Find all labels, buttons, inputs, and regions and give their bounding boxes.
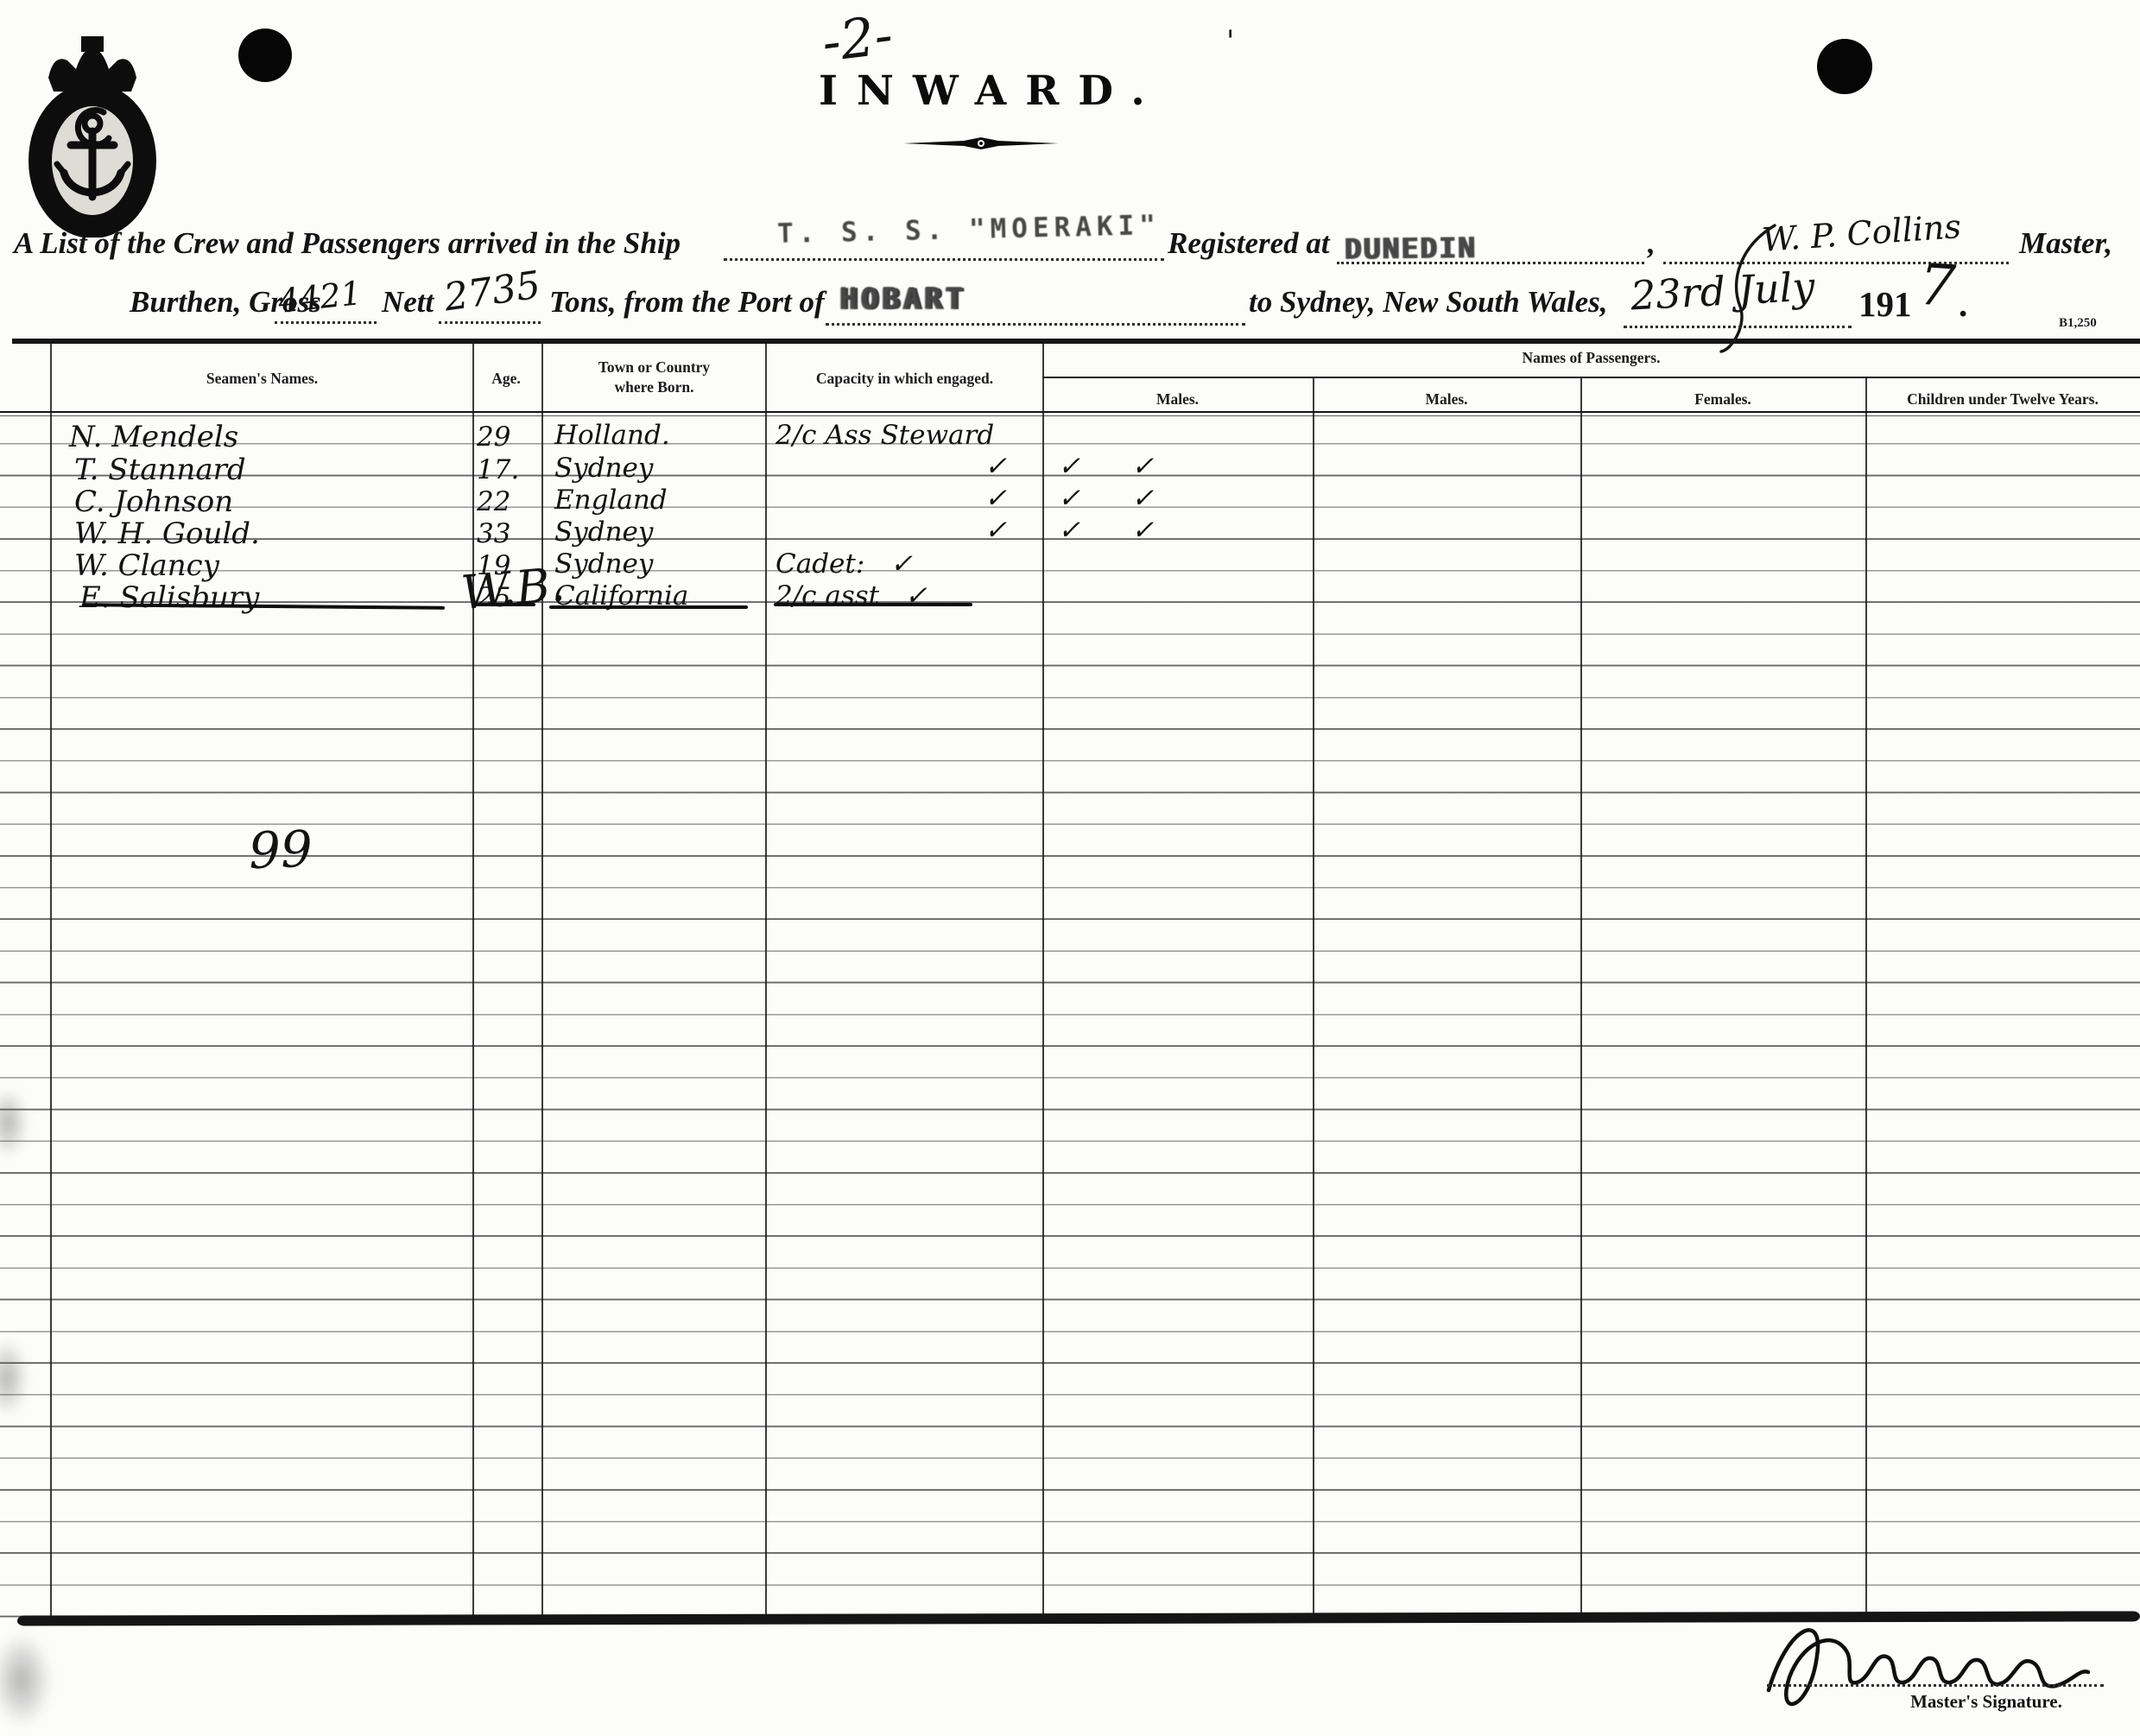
line1-prefix: A List of the Crew and Passengers arrive… [14, 226, 681, 261]
column-line-males2-left [1313, 377, 1314, 1622]
crew-row-capacity: 2/c Ass Steward [776, 420, 994, 451]
crew-row-capacity: ✓ ✓ ✓ [985, 515, 1154, 546]
ship-name-stamp: T. S. S. "MOERAKI" [777, 210, 1162, 250]
strike-line-age [473, 603, 535, 606]
column-header-males-1: Males. [1044, 390, 1311, 409]
crew-row-capacity: Cadet: ✓ [776, 548, 913, 580]
crew-row-name: W. Clancy [74, 548, 219, 583]
ruled-lines [0, 413, 2140, 1622]
crew-row-name: T. Stannard [74, 453, 246, 487]
stray-tick-mark: ' [1226, 24, 1234, 59]
strike-line-capacity [774, 603, 972, 606]
crew-row-capacity: ✓ ✓ ✓ [985, 483, 1154, 514]
master-signature-rule [1767, 1684, 2104, 1687]
scan-smudge [0, 1339, 28, 1416]
gross-tons-handwritten: 4421 [276, 274, 364, 320]
crew-row-age: 17. [477, 454, 519, 485]
registered-at-rule [1337, 262, 1644, 264]
nett-label: Nett [382, 285, 434, 320]
master-label: Master, [2019, 226, 2112, 261]
registered-at-label: Registered at [1168, 226, 1330, 261]
column-header-seamens-names: Seamen's Names. [52, 370, 472, 389]
column-header-females: Females. [1582, 390, 1864, 409]
crown-anchor-seal-icon [22, 35, 161, 238]
table-left-border [50, 342, 52, 1622]
tons-from-port-label: Tons, from the Port of [549, 285, 825, 320]
year-period: . [1959, 283, 1967, 325]
crew-row-born: England [554, 485, 668, 516]
title-divider [903, 136, 1059, 150]
master-name-rule [1663, 262, 2009, 264]
column-line-town-left [541, 342, 543, 1622]
crew-row-capacity: ✓ ✓ ✓ [985, 451, 1154, 482]
strike-line-born [549, 605, 748, 609]
column-header-males-2: Males. [1314, 390, 1579, 409]
date-rule [1624, 326, 1852, 328]
passengers-header-underline [1042, 377, 2140, 378]
nett-tons-rule [439, 321, 541, 324]
column-header-town-line1: Town or Country [544, 358, 764, 377]
crew-row-initials: W.B. [459, 557, 567, 620]
year-digit-handwritten: 7 [1916, 251, 1957, 320]
column-line-age-left [472, 342, 474, 1622]
master-signature-label: Master's Signature. [1857, 1691, 2116, 1713]
column-line-females-left [1580, 377, 1582, 1622]
crew-row-name: N. Mendels [69, 420, 238, 454]
crew-row-age-struck: 25 [477, 582, 510, 613]
gross-tons-rule [275, 321, 377, 324]
crew-row-born: Sydney [554, 453, 653, 484]
hole-punch-right [1817, 39, 1872, 94]
registered-at-stamp: DUNEDIN [1344, 231, 1476, 266]
hole-punch-left [238, 29, 292, 82]
column-header-passengers: Names of Passengers. [1042, 349, 2140, 368]
crew-row-age: 29 [477, 421, 510, 453]
crew-row-age: 22 [477, 486, 510, 517]
year-printed: 191 [1858, 283, 1912, 325]
column-header-children: Children under Twelve Years. [1867, 390, 2138, 409]
crew-row-name: C. Johnson [74, 485, 233, 519]
form-number: B1,250 [2059, 316, 2097, 331]
crew-row-capacity-struck: 2/c asst ✓ [776, 580, 928, 611]
to-destination-label: to Sydney, New South Wales, [1249, 285, 1608, 320]
ship-manifest-document: ' -2- INWARD. A List of the Crew and Pas… [0, 0, 2140, 1736]
nett-tons-handwritten: 2735 [441, 263, 543, 320]
date-handwritten: 23rd July [1630, 263, 1816, 319]
ship-name-rule [724, 258, 1164, 261]
page-number-handwritten: -2- [819, 3, 896, 73]
page-title: INWARD. [819, 67, 1164, 115]
port-stamp: HOBART [839, 282, 966, 316]
crew-row-name-struck: E. Salisbury [79, 580, 259, 615]
crew-row-age: 33 [477, 518, 510, 549]
column-header-age: Age. [472, 370, 540, 389]
scan-smudge [0, 1632, 52, 1727]
column-header-town-line2: where Born. [544, 378, 764, 397]
crew-row-born: Holland. [554, 420, 670, 451]
crew-row-born: Sydney [554, 516, 653, 548]
crew-row-name: W. H. Gould. [74, 516, 260, 551]
scan-smudge [0, 1088, 28, 1157]
port-rule [826, 323, 1245, 326]
table-top-border [12, 339, 2140, 344]
column-line-children-left [1865, 377, 1867, 1622]
column-line-capacity-left [765, 342, 767, 1622]
margin-note-handwritten: 99 [248, 820, 313, 881]
crew-row-born: Sydney [554, 548, 653, 580]
column-header-capacity: Capacity in which engaged. [769, 370, 1041, 389]
comma-separator: , [1648, 226, 1656, 261]
